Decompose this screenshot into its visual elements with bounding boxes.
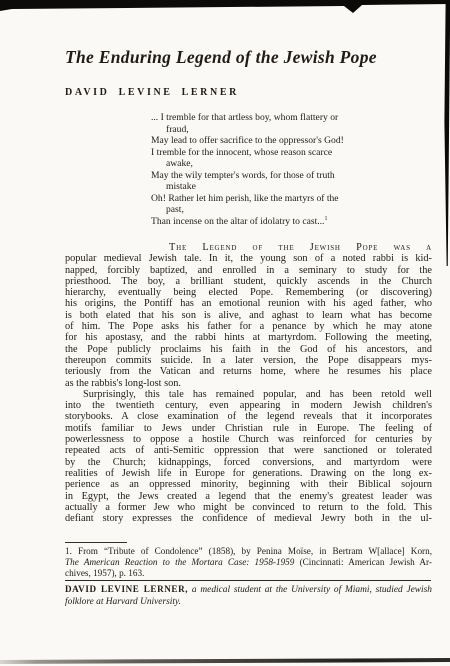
text-line: in Egypt, the Jews created a legend that… <box>65 491 432 502</box>
text-line: the Pope publicly proclaims his faith in… <box>65 344 432 355</box>
footnote: 1. From “Tribute of Condolence” (1858), … <box>65 546 432 579</box>
text-line: chives, 1957), p. 163. <box>65 568 432 579</box>
text-line: storybooks. A close examination of the l… <box>65 411 432 422</box>
text-segment: 1 <box>324 216 327 222</box>
bio-separator-rule <box>65 580 431 581</box>
text-line: past, <box>151 204 397 216</box>
text-line: The Legend of the Jewish Pope was a <box>65 242 432 253</box>
text-line: perience as an oppressed minority, begin… <box>65 479 432 490</box>
text-line: DAVID LEVINE LERNER, a medical student a… <box>65 584 432 597</box>
text-line: is both elated that his son is alive, an… <box>65 310 432 321</box>
text-line: realities of Jewish life in Europe for g… <box>65 468 432 479</box>
text-line: into the twentieth century, even appeari… <box>65 400 432 411</box>
text-line: The American Reaction to the Mortara Cas… <box>65 557 432 568</box>
body-paragraph-1: The Legend of the Jewish Pope was apopul… <box>65 242 432 389</box>
text-line: actually a former Jew who might be convi… <box>65 502 432 513</box>
footnote-separator-rule <box>65 542 127 543</box>
text-line: mistake <box>151 181 397 193</box>
text-line: powerlessness to oppose a hostile Church… <box>65 434 432 445</box>
author-byline: DAVID LEVINE LERNER <box>65 87 239 98</box>
text-segment: Than incense on the altar of idolatry to… <box>151 216 324 227</box>
epigraph-poem: ... I tremble for that artless boy, whom… <box>151 112 397 227</box>
text-segment: (Cincinnati: American Jewish Ar- <box>294 557 432 567</box>
author-bio: DAVID LEVINE LERNER, a medical student a… <box>65 584 432 609</box>
body-paragraph-2: Surprisingly, this tale has remained pop… <box>65 389 432 525</box>
text-line: priesthood. The boy, a brilliant student… <box>65 276 432 287</box>
text-line: popular medieval Jewish tale. In it, the… <box>65 253 432 264</box>
text-line: defiant story expresses the confidence o… <box>65 513 432 524</box>
text-segment: The American Reaction to the Mortara Cas… <box>65 557 294 567</box>
text-line: 1. From “Tribute of Condolence” (1858), … <box>65 546 432 557</box>
text-line: of him. The Pope asks his father for a p… <box>65 321 432 332</box>
text-segment: The Legend of the Jewish Pope was a <box>169 242 432 253</box>
text-line: his origins, the Pontiff has an emotiona… <box>65 298 432 309</box>
text-segment: a medical student at the University of M… <box>188 585 432 595</box>
text-line: napped, forcibly baptized, and enrolled … <box>65 265 432 276</box>
text-line: by the Church; kidnappings, forced conve… <box>65 457 432 468</box>
scan-right-edge-artifact <box>442 4 450 266</box>
text-line: hierarchy, eventually being elected Pope… <box>65 287 432 298</box>
text-line: ... I tremble for that artless boy, whom… <box>151 112 397 124</box>
scan-bottom-edge-artifact <box>0 658 450 664</box>
text-segment: folklore at Harvard University. <box>65 597 181 607</box>
article-body: The Legend of the Jewish Pope was apopul… <box>65 242 432 524</box>
text-line: I tremble for the innocent, whose reason… <box>151 147 397 159</box>
text-line: May lead to offer sacrifice to the oppre… <box>151 135 397 147</box>
text-line: folklore at Harvard University. <box>65 597 432 609</box>
text-line: fraud, <box>151 124 397 136</box>
scanned-article-page: The Enduring Legend of the Jewish Pope D… <box>0 0 450 666</box>
text-line: repeated acts of anti-Semitic oppression… <box>65 445 432 456</box>
text-line: as the rabbis's long-lost son. <box>65 378 432 389</box>
text-line: for his apostasy, and the rabbi hints at… <box>65 332 432 343</box>
text-line: thereupon commits suicide. In a later ve… <box>65 355 432 366</box>
text-segment: DAVID LEVINE LERNER, <box>65 584 188 594</box>
scan-top-edge-artifact <box>0 0 450 14</box>
text-line: teriously from the Vatican and returns h… <box>65 366 432 377</box>
text-line: awake, <box>151 158 397 170</box>
article-title: The Enduring Legend of the Jewish Pope <box>65 47 435 68</box>
text-line: May the wily tempter's words, for those … <box>151 170 397 182</box>
text-line: Than incense on the altar of idolatry to… <box>151 216 397 228</box>
text-line: Surprisingly, this tale has remained pop… <box>65 389 432 400</box>
text-line: Oh! Rather let him perish, like the mart… <box>151 193 397 205</box>
text-line: motifs familiar to Jews under Christian … <box>65 423 432 434</box>
